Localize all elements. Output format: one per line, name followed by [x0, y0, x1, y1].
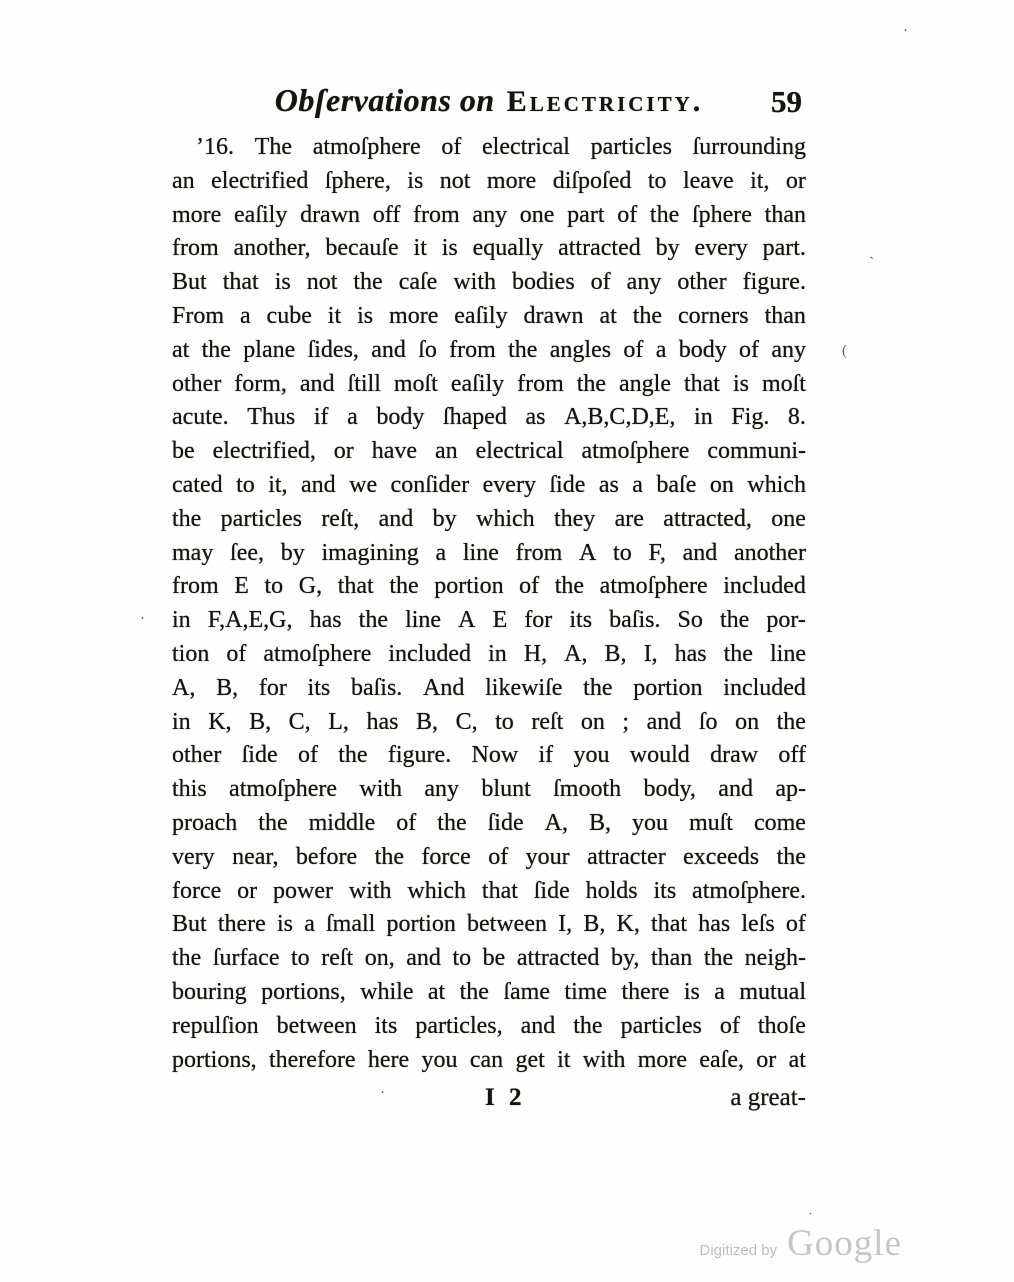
signature-mark: I 2 — [485, 1084, 521, 1112]
text-line: repulſionbetweenitsparticles,andtheparti… — [172, 1013, 806, 1047]
scan-speck: ( — [842, 344, 847, 359]
running-title: Obſervations onElectricity. — [172, 82, 806, 119]
text-line: catedtoit,andweconſidereveryſideasabaſeo… — [172, 472, 806, 506]
google-watermark: Digitized by Google — [700, 1222, 902, 1265]
text-line: anelectrifiedſphere,isnotmorediſpoſedtol… — [172, 168, 806, 202]
text-line: inF,A,E,G,hasthelineAEforitsbaſis.Sothep… — [172, 607, 806, 641]
scan-speck: ` — [869, 256, 874, 271]
text-line: moreeaſilydrawnofffromanyonepartoftheſph… — [172, 202, 806, 236]
text-line: verynear,beforetheforceofyourattracterex… — [172, 844, 806, 878]
scan-speck: ˙ — [808, 1212, 813, 1227]
text-line: A,B,foritsbaſis.Andlikewiſetheportioninc… — [172, 675, 806, 709]
running-title-caps: Electricity. — [507, 85, 704, 118]
digitized-by-label: Digitized by — [700, 1242, 778, 1259]
text-line: inK,B,C,L,hasB,C,toreſton;andſoonthe — [172, 709, 806, 743]
text-line: fromEtoG,thattheportionoftheatmoſpherein… — [172, 573, 806, 607]
running-title-italic: Obſervations on — [275, 82, 495, 118]
text-line: otherform,andſtillmoſteaſilyfromtheangle… — [172, 371, 806, 405]
text-line: theparticlesreſt,andbywhichtheyareattrac… — [172, 506, 806, 540]
text-line: Fromacubeitismoreeaſilydrawnatthecorners… — [172, 303, 806, 337]
scan-speck: · — [903, 24, 908, 39]
google-logo: Google — [787, 1222, 902, 1265]
text-line: proachthemiddleoftheſideA,B,youmuſtcome — [172, 810, 806, 844]
text-line: thisatmoſpherewithanybluntſmoothbody,and… — [172, 776, 806, 810]
footer-line: I 2 a great- — [172, 1084, 806, 1124]
text-line: portions,thereforehereyoucangetitwithmor… — [172, 1047, 806, 1081]
text-line: acute.ThusifabodyſhapedasA,B,C,D,E,inFig… — [172, 404, 806, 438]
catchword: a great- — [730, 1084, 806, 1112]
text-line: theſurfacetoreſton,andtobeattractedby,th… — [172, 945, 806, 979]
text-line: ’16.Theatmoſphereofelectricalparticlesſu… — [172, 134, 806, 168]
text-line: bouringportions,whileattheſametimetherei… — [172, 979, 806, 1013]
text-line: forceorpowerwithwhichthatſideholdsitsatm… — [172, 878, 806, 912]
page-header: Obſervations onElectricity. 59 — [172, 82, 806, 126]
scan-speck: · — [140, 612, 145, 627]
text-line: fromanother,becauſeitisequallyattractedb… — [172, 235, 806, 269]
page: Obſervations onElectricity. 59 ’16.Theat… — [0, 0, 1014, 1282]
text-line: ButthereisaſmallportionbetweenI,B,K,that… — [172, 911, 806, 945]
text-line: attheplaneſides,andſofromtheanglesofabod… — [172, 337, 806, 371]
text-line: mayſee,byimaginingalinefromAtoF,andanoth… — [172, 540, 806, 574]
text-line: Butthatisnotthecaſewithbodiesofanyotherf… — [172, 269, 806, 303]
body-text: ’16.Theatmoſphereofelectricalparticlesſu… — [172, 134, 806, 1080]
text-line: beelectrified,orhaveanelectricalatmoſphe… — [172, 438, 806, 472]
text-line: otherſideofthefigure.Nowifyouwoulddrawof… — [172, 742, 806, 776]
scan-speck: · — [380, 1086, 385, 1101]
page-number: 59 — [771, 84, 802, 120]
text-line: tionofatmoſphereincludedinH,A,B,I,hasthe… — [172, 641, 806, 675]
